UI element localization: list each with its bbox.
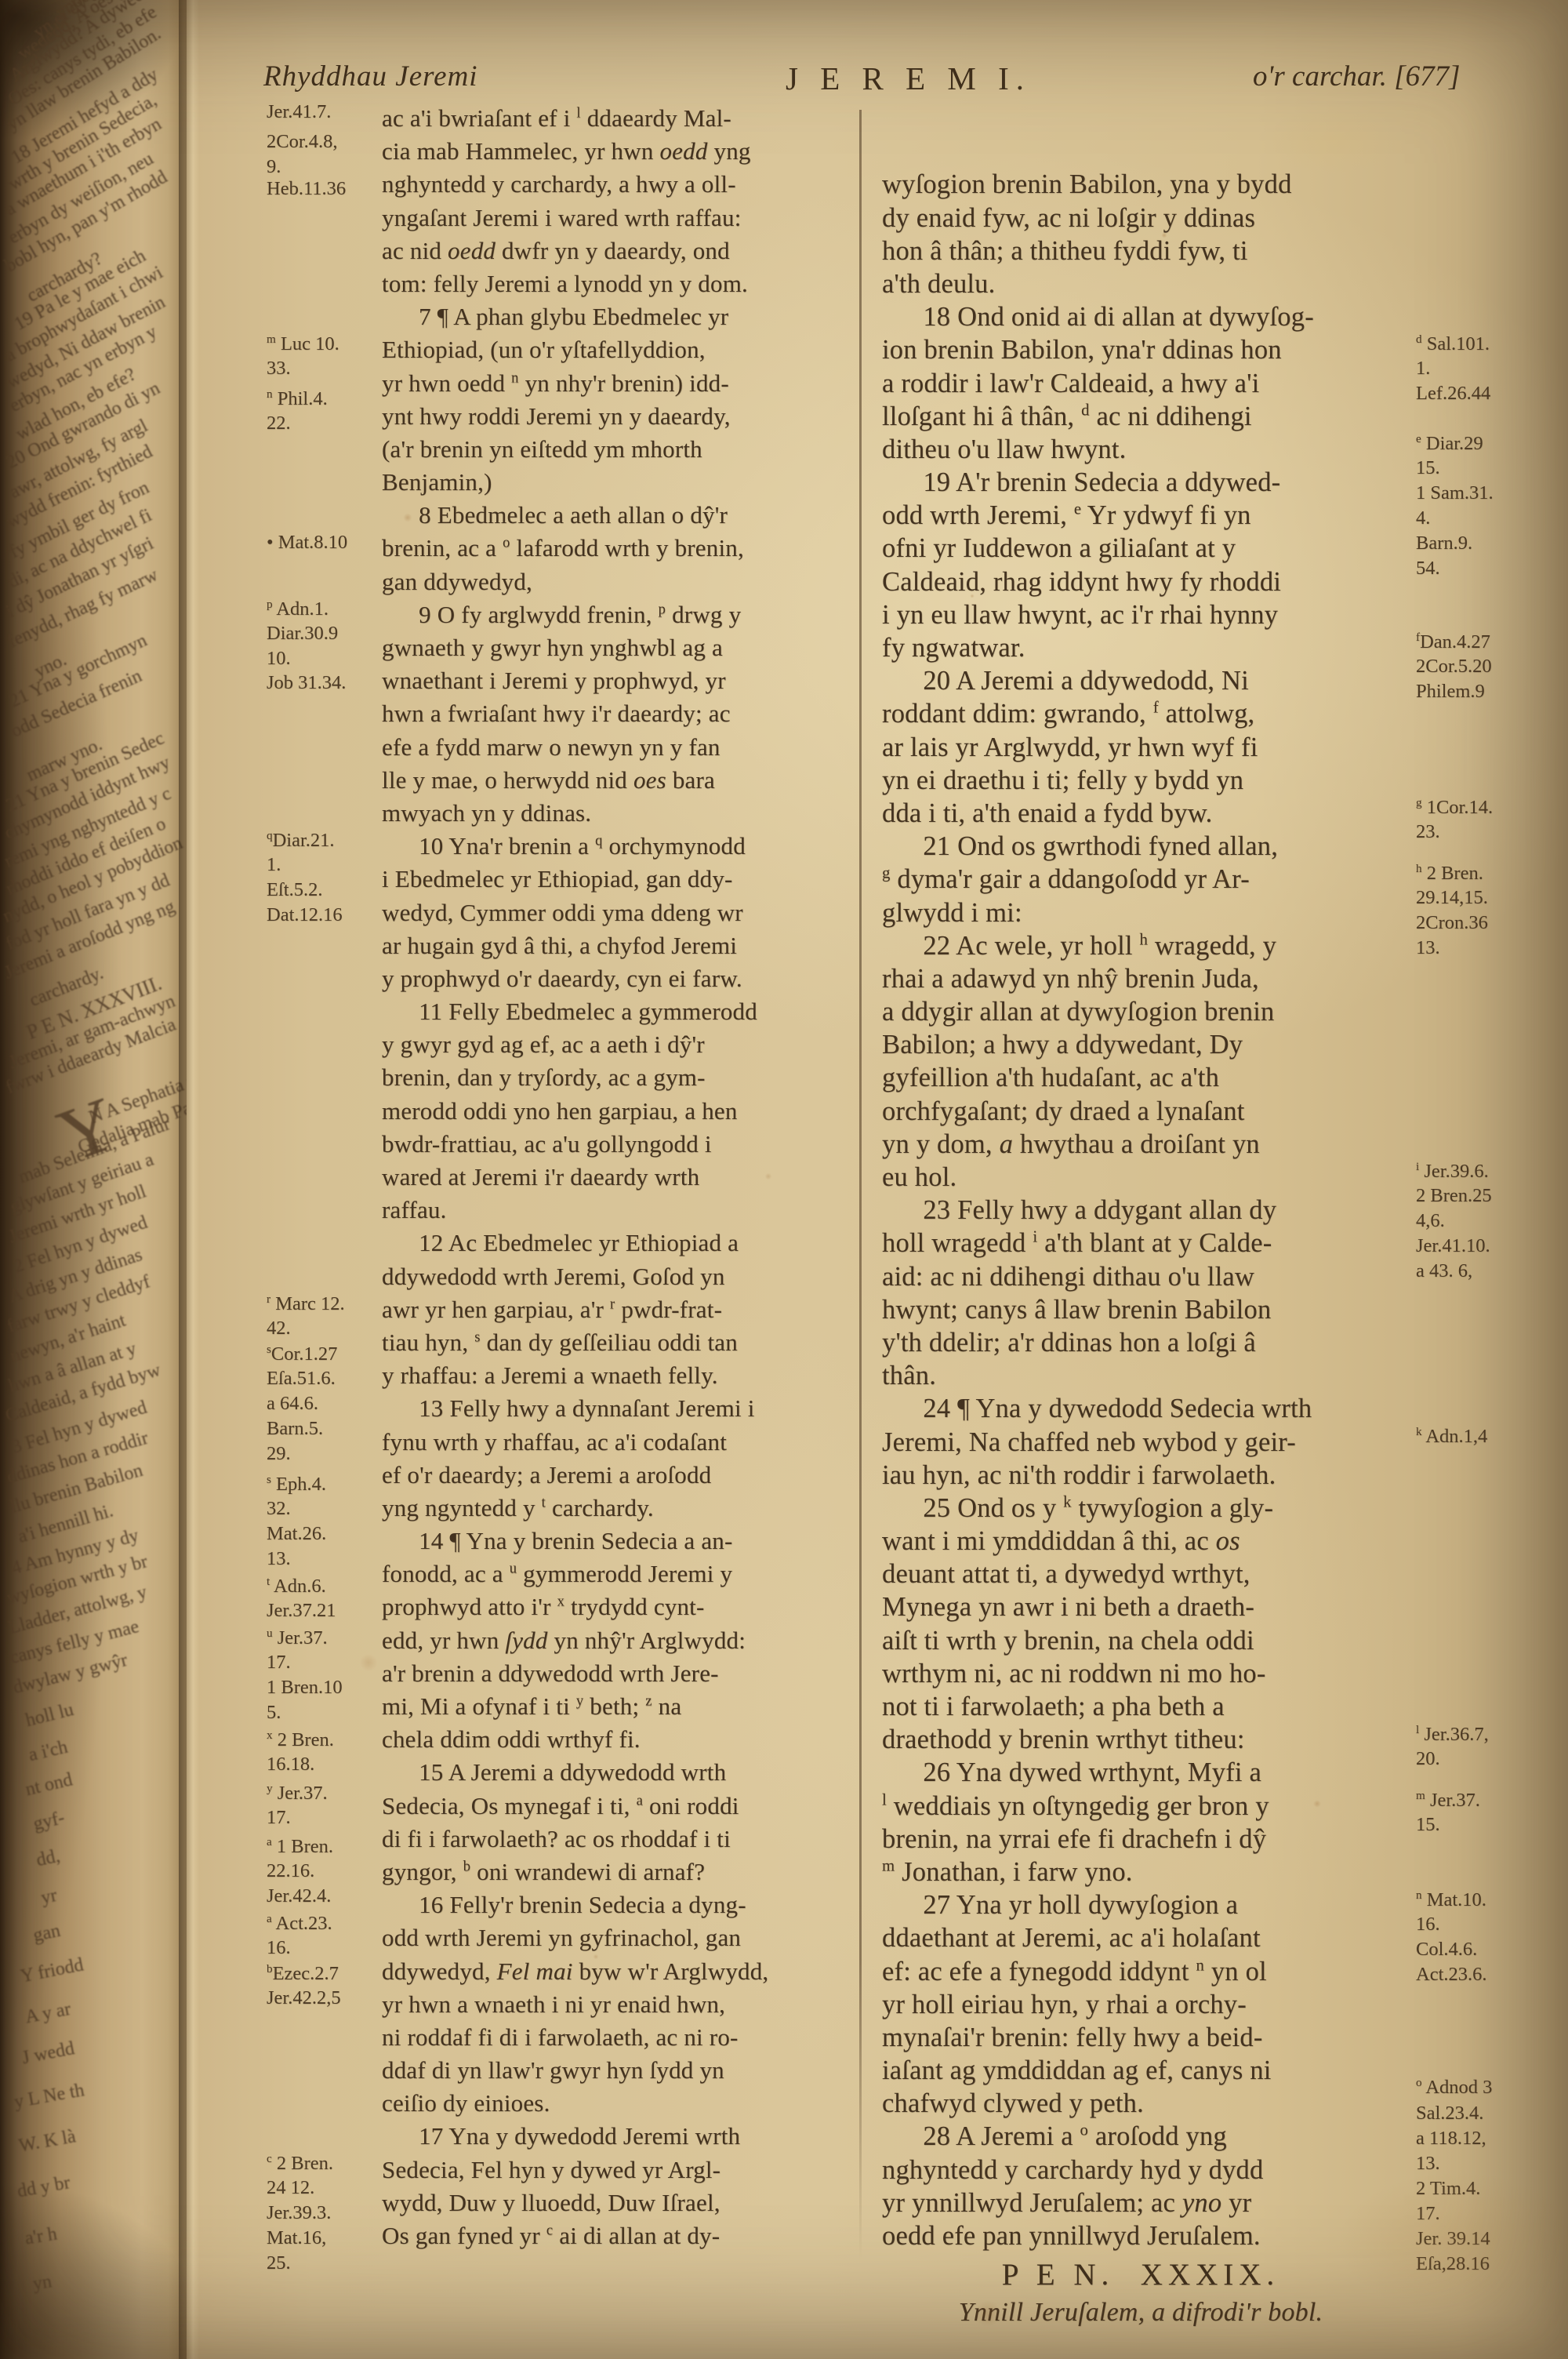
margin-reference: Barn.9. bbox=[1416, 533, 1472, 554]
margin-reference: x 2 Bren. bbox=[267, 1729, 334, 1750]
margin-reference: Jer.42.4. bbox=[267, 1886, 331, 1906]
margin-reference: 13. bbox=[267, 1549, 291, 1569]
text-line: ni roddaf fi di i farwolaeth, ac ni ro- bbox=[382, 2021, 846, 2054]
margin-reference: 29. bbox=[267, 1444, 291, 1464]
margin-reference: 1 Sam.31. bbox=[1416, 483, 1494, 503]
margin-reference: a 64.6. bbox=[267, 1394, 318, 1414]
text-line: eu hol. bbox=[882, 1161, 1399, 1194]
margin-reference: Jer.37.21 bbox=[267, 1601, 336, 1621]
text-line: efe a fydd marw o newyn yn y fan bbox=[382, 731, 846, 764]
text-line: ddaf di yn llaw'r gwyr hyn ſydd yn bbox=[382, 2054, 846, 2087]
text-line: ditheu o'u llaw hwynt. bbox=[882, 433, 1399, 466]
text-line: cia mab Hammelec, yr hwn oedd yng bbox=[382, 135, 846, 168]
text-line: yn ei draethu i ti; felly y bydd yn bbox=[882, 764, 1399, 797]
text-line: want i mi ymddiddan â thi, ac os bbox=[882, 1525, 1399, 1558]
margin-reference: bEzec.2.7 bbox=[267, 1963, 339, 1984]
margin-reference: m Jer.37. bbox=[1416, 1790, 1480, 1811]
margin-reference: Philem.9 bbox=[1416, 682, 1485, 702]
text-line: fonodd, ac a u gymmerodd Jeremi y bbox=[382, 1558, 846, 1590]
margin-reference: n Mat.10. bbox=[1416, 1889, 1486, 1910]
margin-reference: Jer.39.3. bbox=[267, 2203, 331, 2223]
text-line: odd wrth Jeremi yn gyfrinachol, gan bbox=[382, 1921, 846, 1954]
margin-reference: 20. bbox=[1416, 1749, 1440, 1769]
gutter-text-fragment: gan bbox=[31, 1921, 63, 1947]
text-line: odd wrth Jeremi, e Yr ydwyf fi yn bbox=[882, 499, 1399, 532]
margin-reference: Sal.23.4. bbox=[1416, 2103, 1483, 2124]
margin-reference: 17. bbox=[267, 1652, 291, 1673]
margin-reference: 13. bbox=[1416, 938, 1440, 958]
margin-reference: Lef.26.44 bbox=[1416, 383, 1490, 404]
gutter-text-fragment: yr bbox=[39, 1885, 59, 1910]
gutter-text-fragment: dd y br bbox=[16, 2172, 72, 2202]
text-line: yngaſant Jeremi i wared wrth raffau: bbox=[382, 202, 846, 234]
margin-reference: a 118.12, bbox=[1416, 2128, 1486, 2149]
margin-reference: 16.18. bbox=[267, 1754, 314, 1775]
margin-reference: sCor.1.27 bbox=[267, 1343, 337, 1365]
text-line: raffau. bbox=[382, 1194, 846, 1227]
text-line: hon â thân; a thitheu fyddi fyw, ti bbox=[882, 234, 1399, 267]
text-line: a ddygir allan at dywyſogion brenin bbox=[882, 995, 1399, 1028]
text-line: wrthym ni, ac ni roddwn ni mo ho- bbox=[882, 1657, 1399, 1690]
text-line: ddaethant at Jeremi, ac a'i holaſant bbox=[882, 1921, 1399, 1954]
gutter-text-fragment: holl lu bbox=[24, 1699, 76, 1732]
margin-reference: Jer.41.10. bbox=[1416, 1236, 1490, 1256]
margin-reference: 25. bbox=[267, 2253, 291, 2274]
text-line: 25 Ond os y k tywyſogion a gly- bbox=[882, 1492, 1399, 1525]
text-line: Mynega yn awr i ni beth a draeth- bbox=[882, 1590, 1399, 1623]
margin-reference: l Jer.36.7, bbox=[1416, 1724, 1489, 1745]
text-line: yr hwn a wnaeth i ni yr enaid hwn, bbox=[382, 1988, 846, 2021]
text-line: prophwyd atto i'r x trydydd cynt- bbox=[382, 1590, 846, 1623]
margin-reference: h 2 Bren. bbox=[1416, 863, 1483, 884]
chapter-summary: Ynnill Jeruſalem, a difrodi'r bobl. bbox=[882, 2296, 1399, 2331]
margin-reference: a 43. 6, bbox=[1416, 1261, 1472, 1281]
book-page-scan: ynodd iddayn ei dŷ ei hun,wededd, A oes … bbox=[0, 0, 1568, 2359]
margin-reference: 2Cor.5.20 bbox=[1416, 656, 1492, 677]
text-line: mynaſai'r brenin: felly hwy a beid- bbox=[882, 2021, 1399, 2054]
text-line: wyſogion brenin Babilon, yna y bydd bbox=[882, 168, 1399, 201]
margin-reference: 33. bbox=[267, 358, 291, 379]
text-line: yng ngyntedd y t carchardy. bbox=[382, 1492, 846, 1525]
text-column-left: ac a'i bwriaſant ef i l ddaeardy Mal-cia… bbox=[382, 102, 846, 2252]
margin-reference: Job 31.34. bbox=[267, 673, 346, 693]
text-line: draethodd y brenin wrthyt titheu: bbox=[882, 1723, 1399, 1756]
text-line: holl wragedd i a'th blant at y Calde- bbox=[882, 1227, 1399, 1259]
text-line: y'th ddelir; a'r ddinas hon a loſgi â bbox=[882, 1326, 1399, 1359]
text-line: ddywedodd wrth Jeremi, Goſod yn bbox=[382, 1260, 846, 1293]
text-line: Sedecia, Fel hyn y dywed yr Argl- bbox=[382, 2154, 846, 2186]
margin-reference: u Jer.37. bbox=[267, 1627, 328, 1648]
text-line: Sedecia, Os mynegaf i ti, a oni roddi bbox=[382, 1790, 846, 1823]
margin-reference: k Adn.1,4 bbox=[1416, 1426, 1487, 1447]
text-line: iau hyn, ac ni'th roddir i farwolaeth. bbox=[882, 1459, 1399, 1492]
text-line: 9 O fy arglwydd frenin, p drwg y bbox=[382, 598, 846, 631]
text-line: nghyntedd y carchardy hyd y dydd bbox=[882, 2154, 1399, 2186]
text-line: 8 Ebedmelec a aeth allan o dŷ'r bbox=[382, 499, 846, 532]
margin-reference: e Diar.29 bbox=[1416, 433, 1483, 454]
header-right-title-pagenumber: o'r carchar. [677] bbox=[1253, 60, 1461, 93]
text-line: 21 Ond os gwrthodi fyned allan, bbox=[882, 830, 1399, 863]
text-line: Os gan fyned yr c ai di allan at dy- bbox=[382, 2219, 846, 2252]
gutter-text-fragment: a i'ch bbox=[27, 1737, 70, 1767]
text-line: ar lais yr Arglwydd, yr hwn wyf fi bbox=[882, 731, 1399, 764]
text-line: ar hugain gyd â thi, a chyfod Jeremi bbox=[382, 929, 846, 962]
text-line: 20 A Jeremi a ddywedodd, Ni bbox=[882, 664, 1399, 697]
text-line: 13 Felly hwy a dynnaſant Jeremi i bbox=[382, 1392, 846, 1425]
header-left-title: Rhyddhau Jeremi bbox=[263, 60, 478, 93]
chapter-heading: P E N. XXXIX. bbox=[882, 2259, 1399, 2296]
text-line: fynu wrth y rhaffau, ac a'i codaſant bbox=[382, 1426, 846, 1459]
margin-reference: 17. bbox=[1416, 2204, 1440, 2224]
text-line: gan ddywedyd, bbox=[382, 565, 846, 598]
margin-reference: o Adnod 3 bbox=[1416, 2077, 1492, 2098]
margin-reference: Mat.26. bbox=[267, 1524, 326, 1544]
text-line: Jeremi, Na chaffed neb wybod y geir- bbox=[882, 1426, 1399, 1459]
margin-reference: n Phil.4. bbox=[267, 388, 328, 409]
margin-reference: 15. bbox=[1416, 458, 1440, 478]
margin-reference: y Jer.37. bbox=[267, 1783, 328, 1804]
margin-reference: 29.14,15. bbox=[1416, 888, 1488, 908]
text-line: yr ynnillwyd Jeruſalem; ac yno yr bbox=[882, 2186, 1399, 2219]
text-line: ac nid oedd dwfr yn y daeardy, ond bbox=[382, 234, 846, 267]
margin-reference: 22.16. bbox=[267, 1861, 314, 1881]
margin-reference: Mat.16, bbox=[267, 2228, 326, 2248]
margin-reference: Col.4.6. bbox=[1416, 1939, 1477, 1960]
margin-reference: 1 Bren.10 bbox=[267, 1677, 343, 1698]
gutter-text-fragment: y L Ne th bbox=[13, 2080, 86, 2113]
text-line: l weddiais yn oſtyngedig ger bron y bbox=[882, 1790, 1399, 1823]
text-line: Benjamin,) bbox=[382, 466, 846, 499]
text-line: Babilon; a hwy a ddywedant, Dy bbox=[882, 1028, 1399, 1061]
text-line: rhai a adawyd yn nhŷ brenin Juda, bbox=[882, 962, 1399, 995]
text-line: oedd efe pan ynnillwyd Jeruſalem. bbox=[882, 2219, 1399, 2252]
text-line: awr yr hen garpiau, a'r r pwdr-frat- bbox=[382, 1293, 846, 1326]
text-line: yn y dom, a hwythau a droiſant yn bbox=[882, 1128, 1399, 1161]
margin-reference: Eſt.5.2. bbox=[267, 880, 322, 900]
text-line: ofni yr Iuddewon a giliaſant at y bbox=[882, 532, 1399, 565]
page-fold-crease bbox=[179, 0, 199, 2359]
margin-reference: Eſa.51.6. bbox=[267, 1369, 336, 1389]
text-line: 12 Ac Ebedmelec yr Ethiopiad a bbox=[382, 1227, 846, 1259]
text-line: m Jonathan, i farw yno. bbox=[882, 1856, 1399, 1888]
facing-page-gutter: ynodd iddayn ei dŷ ei hun,wededd, A oes … bbox=[0, 0, 187, 2359]
gutter-text-fragment: dd, bbox=[34, 1846, 62, 1872]
text-line: ion brenin Babilon, yna'r ddinas hon bbox=[882, 333, 1399, 366]
margin-reference: 4. bbox=[1416, 508, 1430, 529]
margin-reference: 13. bbox=[1416, 2154, 1440, 2174]
text-line: chela ddim oddi wrthyf fi. bbox=[382, 1723, 846, 1756]
text-line: Caldeaid, rhag iddynt hwy fy rhoddi bbox=[882, 565, 1399, 598]
text-line: ef: ac efe a fynegodd iddynt n yn ol bbox=[882, 1955, 1399, 1988]
text-line: iaſant ag ymddiddan ag ef, canys ni bbox=[882, 2054, 1399, 2087]
margin-reference: d Sal.101. bbox=[1416, 333, 1490, 354]
text-line: 28 A Jeremi a o aroſodd yng bbox=[882, 2120, 1399, 2153]
text-line: brenin, na yrrai efe fi drachefn i dŷ bbox=[882, 1823, 1399, 1856]
text-line: merodd oddi yno hen garpiau, a hen bbox=[382, 1095, 846, 1128]
text-line: lle y mae, o herwydd nid oes bara bbox=[382, 764, 846, 797]
text-line: yr holl eiriau hyn, y rhai a orchy- bbox=[882, 1988, 1399, 2021]
text-line: Ethiopiad, (un o'r yſtafellyddion, bbox=[382, 333, 846, 366]
margin-reference: Jer. 39.14 bbox=[1416, 2229, 1490, 2249]
margin-reference: i Jer.39.6. bbox=[1416, 1161, 1489, 1182]
margin-reference: 23. bbox=[1416, 822, 1440, 842]
margin-reference: 10. bbox=[267, 649, 291, 669]
margin-reference: 2 Bren.25 bbox=[1416, 1186, 1492, 1206]
margin-reference: • Mat.8.10 bbox=[267, 533, 347, 553]
text-line: 10 Yna'r brenin a q orchymynodd bbox=[382, 830, 846, 863]
gutter-text-fragment: nt ond bbox=[24, 1769, 74, 1801]
text-line: 18 Ond onid ai di allan at dywyſog- bbox=[882, 300, 1399, 333]
text-line: hwn a fwriaſant hwy i'r daeardy; ac bbox=[382, 697, 846, 730]
text-line: edd, yr hwn ſydd yn nhŷ'r Arglwydd: bbox=[382, 1624, 846, 1657]
text-line: wydd, Duw y lluoedd, Duw Iſrael, bbox=[382, 2186, 846, 2219]
margin-reference: Jer.42.2,5 bbox=[267, 1988, 341, 2008]
text-line: bwdr-frattiau, ac a'u gollyngodd i bbox=[382, 1128, 846, 1161]
text-line: dy enaid fyw, ac ni loſgir y ddinas bbox=[882, 202, 1399, 234]
margin-reference: 16. bbox=[267, 1938, 291, 1958]
text-line: i Ebedmelec yr Ethiopiad, gan ddy- bbox=[382, 863, 846, 896]
margin-reference: Eſa,28.16 bbox=[1416, 2254, 1490, 2274]
gutter-text-fragment: yn bbox=[31, 2271, 53, 2295]
text-line: lloſgant hi â thân, d ac ni ddihengi bbox=[882, 400, 1399, 433]
text-column-right: wyſogion brenin Babilon, yna y bydddy en… bbox=[882, 102, 1399, 2331]
text-line: ddywedyd, Fel mai byw w'r Arglwydd, bbox=[382, 1955, 846, 1988]
margin-reference: Diar.30.9 bbox=[267, 623, 338, 644]
text-line: a'th deulu. bbox=[882, 267, 1399, 300]
text-line: a roddir i law'r Caldeaid, a hwy a'i bbox=[882, 367, 1399, 400]
margin-reference: 16. bbox=[1416, 1914, 1440, 1935]
header-book-title: J E R E M I. bbox=[786, 60, 1031, 97]
text-line: dda i ti, a'th enaid a fydd byw. bbox=[882, 797, 1399, 830]
text-line: chafwyd clywed y peth. bbox=[882, 2087, 1399, 2120]
margin-reference: 2Cron.36 bbox=[1416, 913, 1488, 933]
margin-reference: 5. bbox=[267, 1703, 281, 1723]
text-line: brenin, dan y tryſordy, ac a gym- bbox=[382, 1061, 846, 1094]
text-line: glwydd i mi: bbox=[882, 896, 1399, 929]
margin-reference: s Eph.4. bbox=[267, 1474, 326, 1495]
margin-reference: Dat.12.16 bbox=[267, 905, 343, 925]
gutter-text-fragment: gyf- bbox=[31, 1808, 67, 1835]
text-line: aiſt ti wrth y brenin, na chela oddi bbox=[882, 1624, 1399, 1657]
text-line: 23 Felly hwy a ddygant allan dy bbox=[882, 1194, 1399, 1227]
gutter-text-fragment: W. K là bbox=[17, 2126, 78, 2157]
text-line: brenin, ac a o lafarodd wrth y brenin, bbox=[382, 532, 846, 565]
text-line: 14 ¶ Yna y brenin Sedecia a an- bbox=[382, 1525, 846, 1558]
text-line: thân. bbox=[882, 1359, 1399, 1392]
text-line: ynt hwy roddi Jeremi yn y daeardy, bbox=[382, 400, 846, 433]
text-line: g dyma'r gair a ddangoſodd yr Ar- bbox=[882, 863, 1399, 896]
text-line: wedyd, Cymmer oddi yma ddeng wr bbox=[382, 896, 846, 929]
text-line: 19 A'r brenin Sedecia a ddywed- bbox=[882, 466, 1399, 499]
text-line: not ti i farwolaeth; a pha beth a bbox=[882, 1690, 1399, 1723]
text-line: 26 Yna dywed wrthynt, Myfi a bbox=[882, 1756, 1399, 1789]
margin-reference: 9. bbox=[267, 157, 281, 177]
margin-reference: 17. bbox=[267, 1808, 291, 1828]
text-line: 27 Yna yr holl dywyſogion a bbox=[882, 1888, 1399, 1921]
text-line: 7 ¶ A phan glybu Ebedmelec yr bbox=[382, 300, 846, 333]
text-line: ceiſio dy einioes. bbox=[382, 2087, 846, 2120]
margin-reference: 22. bbox=[267, 413, 291, 434]
margin-reference: 32. bbox=[267, 1499, 291, 1519]
text-line: mwyach yn y ddinas. bbox=[382, 797, 846, 830]
margin-reference: 1. bbox=[1416, 358, 1430, 379]
margin-reference: g 1Cor.14. bbox=[1416, 797, 1493, 818]
text-line: fy ngwatwar. bbox=[882, 631, 1399, 664]
text-line: orchfygaſant; dy draed a lynaſant bbox=[882, 1095, 1399, 1128]
margin-reference: Act.23.6. bbox=[1416, 1965, 1487, 1985]
gutter-text-fragment: Y friodd bbox=[19, 1955, 85, 1988]
margin-reference: 2 Tim.4. bbox=[1416, 2179, 1480, 2199]
margin-reference: 4,6. bbox=[1416, 1211, 1445, 1231]
margin-reference: 54. bbox=[1416, 558, 1440, 579]
column-divider-rule bbox=[859, 110, 862, 2260]
text-line: (a'r brenin yn eiſtedd ym mhorth bbox=[382, 433, 846, 466]
text-line: i yn eu llaw hwynt, ac i'r rhai hynny bbox=[882, 598, 1399, 631]
margin-reference: 42. bbox=[267, 1318, 291, 1339]
margin-reference: r Marc 12. bbox=[267, 1293, 345, 1314]
text-line: nghyntedd y carchardy, a hwy a oll- bbox=[382, 168, 846, 201]
text-line: roddant ddim: gwrando, f attolwg, bbox=[882, 697, 1399, 730]
text-line: deuant attat ti, a dywedyd wrthyt, bbox=[882, 1558, 1399, 1590]
margin-reference: fDan.4.27 bbox=[1416, 631, 1490, 652]
margin-reference: 1. bbox=[267, 855, 281, 875]
text-line: y rhaffau: a Jeremi a wnaeth felly. bbox=[382, 1359, 846, 1392]
gutter-text-fragment: A y ar bbox=[24, 1999, 73, 2029]
gutter-text-fragment: a'r h bbox=[24, 2224, 59, 2250]
text-line: 24 ¶ Yna y dywedodd Sedecia wrth bbox=[882, 1392, 1399, 1425]
margin-reference: 15. bbox=[1416, 1815, 1440, 1835]
margin-reference: 24 12. bbox=[267, 2178, 314, 2198]
margin-reference: Heb.11.36 bbox=[267, 179, 346, 199]
text-line: wnaethant i Jeremi y prophwyd, yr bbox=[382, 664, 846, 697]
text-line: 17 Yna y dywedodd Jeremi wrth bbox=[382, 2120, 846, 2153]
gutter-text-fragment: J wedd bbox=[20, 2038, 76, 2069]
text-line: tom: felly Jeremi a lynodd yn y dom. bbox=[382, 267, 846, 300]
text-line: ef o'r daeardy; a Jeremi a aroſodd bbox=[382, 1459, 846, 1492]
text-line: ac a'i bwriaſant ef i l ddaeardy Mal- bbox=[382, 102, 846, 135]
margin-reference: t Adn.6. bbox=[267, 1576, 326, 1597]
text-line: yr hwn oedd n yn nhy'r brenin) idd- bbox=[382, 367, 846, 400]
text-line: y prophwyd o'r daeardy, cyn ei farw. bbox=[382, 962, 846, 995]
text-line: a'r brenin a ddywedodd wrth Jere- bbox=[382, 1657, 846, 1690]
margin-reference: Barn.5. bbox=[267, 1419, 323, 1439]
text-line: hwynt; canys â llaw brenin Babilon bbox=[882, 1293, 1399, 1326]
margin-reference: c 2 Bren. bbox=[267, 2153, 333, 2174]
margin-reference: Jer.41.7. bbox=[267, 102, 331, 122]
text-line: wared at Jeremi i'r daeardy wrth bbox=[382, 1161, 846, 1194]
text-line: di fi i farwolaeth? ac os rhoddaf i ti bbox=[382, 1823, 846, 1856]
text-line: 11 Felly Ebedmelec a gymmerodd bbox=[382, 995, 846, 1028]
text-line: mi, Mi a ofynaf i ti y beth; z na bbox=[382, 1690, 846, 1723]
text-line: 15 A Jeremi a ddywedodd wrth bbox=[382, 1756, 846, 1789]
text-line: gyngor, b oni wrandewi di arnaf? bbox=[382, 1856, 846, 1888]
margin-reference: p Adn.1. bbox=[267, 598, 328, 620]
text-line: gwnaeth y gwyr hyn ynghwbl ag a bbox=[382, 631, 846, 664]
text-line: aid: ac ni ddihengi dithau o'u llaw bbox=[882, 1260, 1399, 1293]
text-line: tiau hyn, s dan dy geſſeiliau oddi tan bbox=[382, 1326, 846, 1359]
margin-reference: qDiar.21. bbox=[267, 830, 335, 851]
text-line: y gwyr gyd ag ef, ac a aeth i dŷ'r bbox=[382, 1028, 846, 1061]
margin-reference: a Act.23. bbox=[267, 1913, 332, 1934]
text-line: 22 Ac wele, yr holl h wragedd, y bbox=[882, 929, 1399, 962]
running-header: Rhyddhau Jeremi J E R E M I. o'r carchar… bbox=[0, 60, 1568, 107]
margin-reference: a 1 Bren. bbox=[267, 1836, 333, 1857]
margin-reference: m Luc 10. bbox=[267, 333, 339, 354]
margin-reference: 2Cor.4.8, bbox=[267, 132, 338, 152]
text-line: gyfeillion a'th hudaſant, ac a'th bbox=[882, 1061, 1399, 1094]
text-line: 16 Felly'r brenin Sedecia a dyng- bbox=[382, 1888, 846, 1921]
